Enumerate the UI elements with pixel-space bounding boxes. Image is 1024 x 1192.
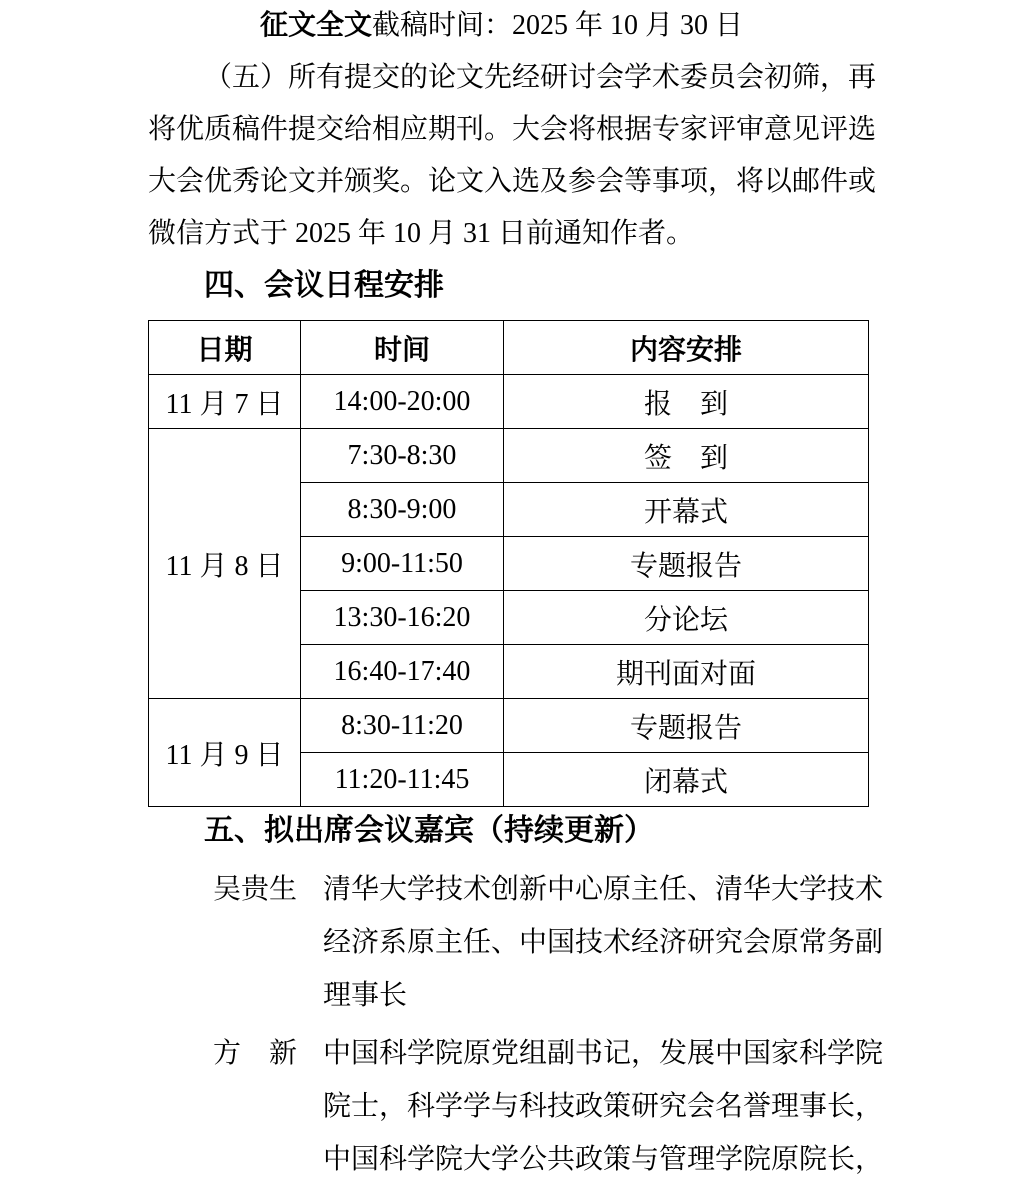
cell-time: 11:20-11:45 — [301, 753, 504, 807]
section-heading-schedule: 四、会议日程安排 — [148, 260, 876, 312]
para-line: 大会优秀论文并颁奖。论文入选及参会等事项，将以邮件或 — [148, 156, 876, 208]
guest-item: 吴贵生 清华大学技术创新中心原主任、清华大学技术 经济系原主任、中国技术经济研究… — [213, 863, 876, 1022]
guest-desc-line: 中国科学院大学公共政策与管理学院原院长， — [323, 1133, 883, 1186]
deadline-label: 征文全文 — [260, 10, 372, 41]
cell-content: 开幕式 — [504, 483, 869, 537]
cell-content: 专题报告 — [504, 537, 869, 591]
col-header-date: 日期 — [149, 321, 301, 375]
cell-date: 11 月 8 日 — [149, 429, 301, 699]
para-line: 将优质稿件提交给相应期刊。大会将根据专家评审意见评选 — [148, 104, 876, 156]
guest-desc: 清华大学技术创新中心原主任、清华大学技术 经济系原主任、中国技术经济研究会原常务… — [323, 863, 883, 1022]
table-row: 11 月 9 日 8:30-11:20 专题报告 — [149, 699, 869, 753]
table-header-row: 日期 时间 内容安排 — [149, 321, 869, 375]
cell-content: 闭幕式 — [504, 753, 869, 807]
section-heading-guests: 五、拟出席会议嘉宾（持续更新） — [148, 809, 876, 853]
cell-date: 11 月 9 日 — [149, 699, 301, 807]
cell-time: 13:30-16:20 — [301, 591, 504, 645]
deadline-line: 征文全文截稿时间：2025 年 10 月 30 日 — [148, 0, 876, 52]
cell-content: 签 到 — [504, 429, 869, 483]
guest-desc: 中国科学院原党组副书记，发展中国家科学院 院士，科学学与科技政策研究会名誉理事长… — [323, 1027, 883, 1186]
guest-desc-line: 经济系原主任、中国技术经济研究会原常务副 — [323, 916, 883, 969]
cell-content: 期刊面对面 — [504, 645, 869, 699]
para-submission: （五）所有提交的论文先经研讨会学术委员会初筛，再 将优质稿件提交给相应期刊。大会… — [148, 52, 876, 260]
cell-time: 9:00-11:50 — [301, 537, 504, 591]
guest-item: 方 新 中国科学院原党组副书记，发展中国家科学院 院士，科学学与科技政策研究会名… — [213, 1027, 876, 1186]
document-page: 征文全文截稿时间：2025 年 10 月 30 日 （五）所有提交的论文先经研讨… — [0, 0, 1024, 1186]
cell-time: 8:30-9:00 — [301, 483, 504, 537]
para-line: （五）所有提交的论文先经研讨会学术委员会初筛，再 — [148, 52, 876, 104]
guest-desc-line: 院士，科学学与科技政策研究会名誉理事长， — [323, 1080, 883, 1133]
guest-list: 吴贵生 清华大学技术创新中心原主任、清华大学技术 经济系原主任、中国技术经济研究… — [148, 863, 876, 1186]
col-header-content: 内容安排 — [504, 321, 869, 375]
cell-content: 分论坛 — [504, 591, 869, 645]
cell-date: 11 月 7 日 — [149, 375, 301, 429]
table-row: 11 月 8 日 7:30-8:30 签 到 — [149, 429, 869, 483]
table-row: 11 月 7 日 14:00-20:00 报 到 — [149, 375, 869, 429]
cell-content: 专题报告 — [504, 699, 869, 753]
col-header-time: 时间 — [301, 321, 504, 375]
cell-time: 16:40-17:40 — [301, 645, 504, 699]
cell-time: 8:30-11:20 — [301, 699, 504, 753]
cell-time: 7:30-8:30 — [301, 429, 504, 483]
guest-desc-line: 理事长 — [323, 969, 883, 1022]
guest-name: 吴贵生 — [213, 863, 297, 1022]
cell-time: 14:00-20:00 — [301, 375, 504, 429]
guest-desc-line: 清华大学技术创新中心原主任、清华大学技术 — [323, 863, 883, 916]
deadline-value: 截稿时间：2025 年 10 月 30 日 — [372, 10, 743, 41]
schedule-table: 日期 时间 内容安排 11 月 7 日 14:00-20:00 报 到 11 月… — [148, 320, 869, 807]
cell-content: 报 到 — [504, 375, 869, 429]
guest-desc-line: 中国科学院原党组副书记，发展中国家科学院 — [323, 1027, 883, 1080]
para-line: 微信方式于 2025 年 10 月 31 日前通知作者。 — [148, 208, 876, 260]
guest-name: 方 新 — [213, 1027, 297, 1186]
